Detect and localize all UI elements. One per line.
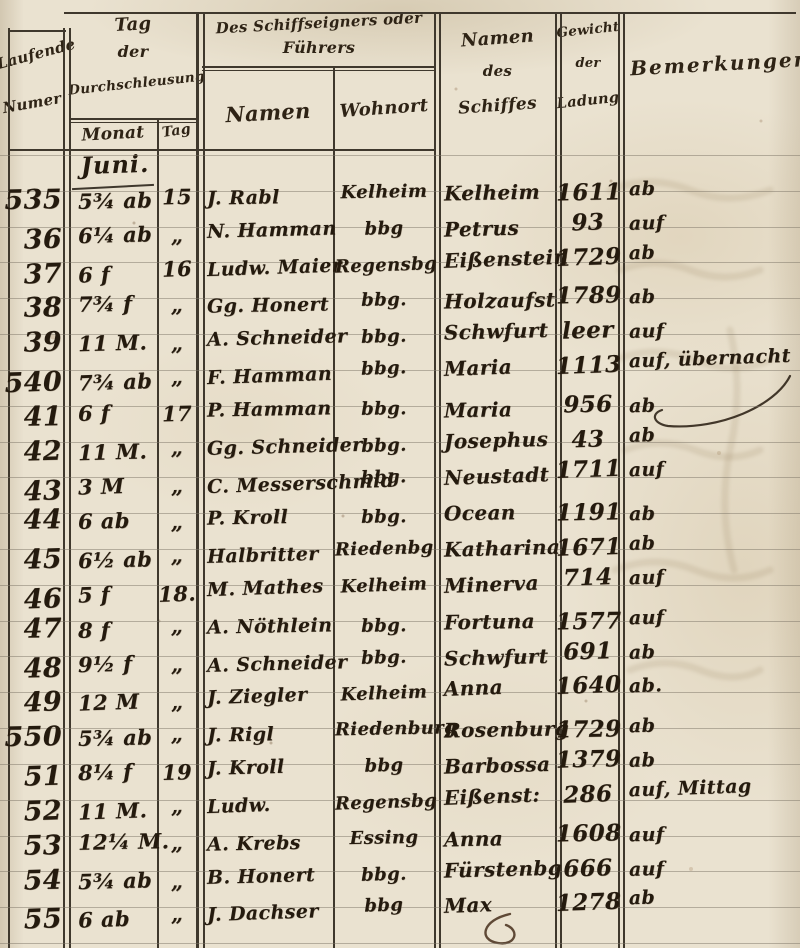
time-of-passage: 8¼ f (78, 753, 159, 791)
captain-residence: bbg. (334, 458, 433, 497)
captain-name: J. Kroll (206, 748, 333, 787)
ship-name: Anna (443, 667, 556, 707)
time-of-passage: 12¼ M. (78, 823, 159, 860)
captain-name: Ludw. (206, 785, 333, 825)
day-of-month: „ (158, 646, 197, 683)
captain-residence: bbg (334, 210, 433, 249)
ship-name: Ocean (444, 493, 557, 531)
captain-residence: bbg. (334, 639, 433, 678)
subheader-day: Tag (156, 120, 197, 141)
time-of-passage: 5¾ ab (78, 862, 159, 900)
column-header-weight-line2: der (556, 56, 620, 71)
day-of-month: 17 (158, 396, 197, 433)
remark: ab (628, 230, 799, 272)
captain-residence: bbg (334, 747, 433, 786)
ship-name: Josephus (443, 421, 556, 460)
subheader-captain-name: Namen (203, 97, 332, 129)
captain-residence: Kelheim (334, 566, 433, 605)
entry-number: 53 (4, 828, 63, 865)
horizontal-table-line (202, 70, 436, 71)
entry-number: 54 (4, 863, 63, 901)
day-of-month: 19 (158, 754, 197, 791)
day-of-month: „ (158, 325, 197, 362)
ship-name: Rosenburg (444, 710, 557, 748)
cargo-weight: 1729 (555, 239, 620, 277)
captain-name: P. Hamman (207, 390, 334, 428)
column-header-owner-line2: Führers (204, 38, 434, 57)
captain-name: J. Dachser (206, 893, 333, 933)
ledger-page: Laufende Numer Tag der Durchschleusung M… (0, 0, 800, 948)
time-of-passage: 5 f (77, 575, 158, 614)
ship-name: Maria (443, 347, 556, 387)
day-of-month: „ (158, 537, 197, 574)
entry-number: 48 (4, 651, 63, 689)
day-of-month: „ (158, 716, 197, 753)
day-of-month: „ (158, 863, 197, 900)
day-of-month: „ (158, 608, 197, 645)
time-of-passage: 3 M (77, 467, 158, 506)
time-of-passage: 6½ ab (78, 541, 159, 579)
day-of-month: „ (157, 468, 196, 505)
captain-name: M. Mathes (206, 568, 333, 608)
column-header-date-line2: der (70, 42, 196, 61)
entry-number: 39 (4, 325, 63, 363)
day-of-month: 15 (158, 179, 197, 216)
subheader-captain-residence: Wohnort (333, 95, 434, 123)
ship-name: Schwfurt (443, 312, 556, 351)
cargo-weight: 1711 (555, 451, 620, 489)
captain-residence: bbg. (334, 349, 433, 388)
cargo-weight: 1789 (556, 277, 621, 314)
ship-name: Eißenstein (443, 239, 556, 279)
day-of-month: „ (158, 504, 197, 541)
ship-name: Kelheim (444, 173, 557, 211)
month-label: Juni. (74, 149, 157, 181)
cargo-weight: 286 (555, 776, 620, 814)
day-of-month: „ (157, 359, 196, 396)
column-header-weight-line3: Ladung (553, 88, 622, 112)
horizontal-table-line (202, 66, 436, 68)
cargo-weight: 1608 (556, 815, 621, 852)
cargo-weight: 1113 (555, 347, 620, 385)
ship-name: Neustadt (443, 456, 556, 496)
time-of-passage: 6 ab (78, 502, 159, 539)
captain-name: A. Nöthlein (207, 607, 334, 645)
column-header-date-line1: Tag (70, 11, 197, 39)
day-of-month: 16 (157, 251, 196, 288)
time-of-passage: 6¼ ab (78, 216, 159, 254)
cargo-weight: 714 (555, 559, 620, 597)
captain-name: J. Ziegler (206, 676, 333, 716)
captain-residence: Kelheim (335, 174, 434, 212)
time-of-passage: 11 M. (78, 324, 159, 362)
day-of-month: „ (158, 825, 197, 862)
subheader-month: Monat (70, 122, 157, 146)
column-header-remarks: Bemerkungen (629, 48, 796, 81)
captain-residence: bbg. (335, 391, 434, 429)
horizontal-table-line (69, 122, 197, 123)
remark: auf, übernacht (628, 338, 799, 380)
entry-number: 42 (4, 434, 63, 472)
time-of-passage: 6 f (78, 394, 159, 431)
captain-name: Gg. Schneider (207, 428, 334, 467)
ship-name: Fortuna (444, 602, 557, 640)
captain-name: Ludw. Maier (206, 248, 333, 288)
column-header-ship-line3: Schiffes (440, 92, 554, 120)
horizontal-table-line (8, 30, 66, 32)
captain-residence: Regensbg (334, 246, 433, 285)
time-of-passage: 5¾ ab (78, 182, 159, 219)
day-of-month: „ (158, 429, 197, 466)
captain-name: N. Hamman (206, 211, 333, 250)
captain-residence: Essing (335, 820, 434, 858)
entry-number: 52 (3, 793, 62, 831)
entry-number: 36 (4, 222, 63, 260)
time-of-passage: 5¾ ab (78, 719, 159, 756)
ship-name: Max (443, 884, 556, 924)
remark: auf, Mittag (628, 767, 799, 809)
ruled-line (0, 943, 800, 944)
cargo-weight: 691 (555, 633, 620, 671)
column-header-weight-line1: Gewicht (555, 19, 620, 42)
cargo-weight: 1379 (555, 741, 620, 779)
captain-name: A. Schneider (207, 319, 334, 358)
column-header-ship-line2: des (441, 62, 554, 80)
entry-number: 38 (4, 290, 63, 327)
day-of-month: „ (158, 287, 197, 324)
time-of-passage: 6 ab (78, 900, 159, 939)
entry-number: 44 (4, 502, 63, 539)
column-header-number-line1: Laufende (0, 37, 69, 73)
day-of-month: „ (157, 896, 196, 933)
horizontal-table-line (69, 118, 197, 120)
cargo-weight: 956 (556, 386, 621, 423)
entry-number: 47 (4, 611, 63, 648)
cargo-weight: 1278 (555, 884, 620, 922)
time-of-passage: 7¾ f (78, 285, 159, 322)
time-of-passage: 11 M. (78, 433, 159, 471)
entry-number: 45 (4, 542, 63, 580)
remark: ab. (628, 663, 799, 705)
entry-number: 51 (4, 759, 63, 797)
captain-residence: bbg (334, 886, 433, 925)
column-header-number-line2: Numer (1, 89, 63, 117)
entry-number: 550 (4, 719, 63, 756)
ship-name: Fürstenbg (443, 850, 556, 889)
time-of-passage: 8 f (78, 611, 159, 648)
ship-name: Minerva (443, 564, 556, 604)
entry-number: 55 (4, 901, 63, 939)
column-header-date-line3: Durchschleusung (68, 69, 199, 99)
cargo-weight: 1640 (555, 667, 620, 705)
day-of-month: „ (158, 217, 197, 254)
remark: auf (628, 555, 799, 597)
entry-number: 41 (4, 399, 63, 436)
time-of-passage: 12 M (77, 683, 158, 722)
captain-residence: Regensbg (334, 783, 433, 822)
cargo-weight: 93 (555, 204, 620, 242)
captain-name: P. Kroll (207, 498, 334, 536)
captain-residence: Kelheim (334, 674, 433, 713)
ink-specks (0, 0, 2, 2)
day-of-month: „ (157, 788, 196, 825)
captain-residence: Riedenbg (334, 530, 433, 569)
ship-name: Eißenst: (443, 776, 556, 816)
captain-name: B. Honert (207, 857, 334, 896)
entry-number: 49 (3, 684, 62, 722)
horizontal-table-line (64, 12, 796, 14)
captain-residence: bbg. (335, 282, 434, 320)
remark: auf (628, 447, 799, 489)
column-header-ship-line1: Namen (440, 24, 554, 53)
time-of-passage: 9½ f (78, 645, 159, 683)
ruled-line (0, 155, 800, 156)
remark: ab (628, 875, 799, 917)
captain-residence: Riedenburg (335, 711, 434, 749)
horizontal-table-line (8, 149, 436, 151)
entry-number: 535 (4, 182, 63, 219)
cargo-weight: 1191 (556, 494, 621, 531)
